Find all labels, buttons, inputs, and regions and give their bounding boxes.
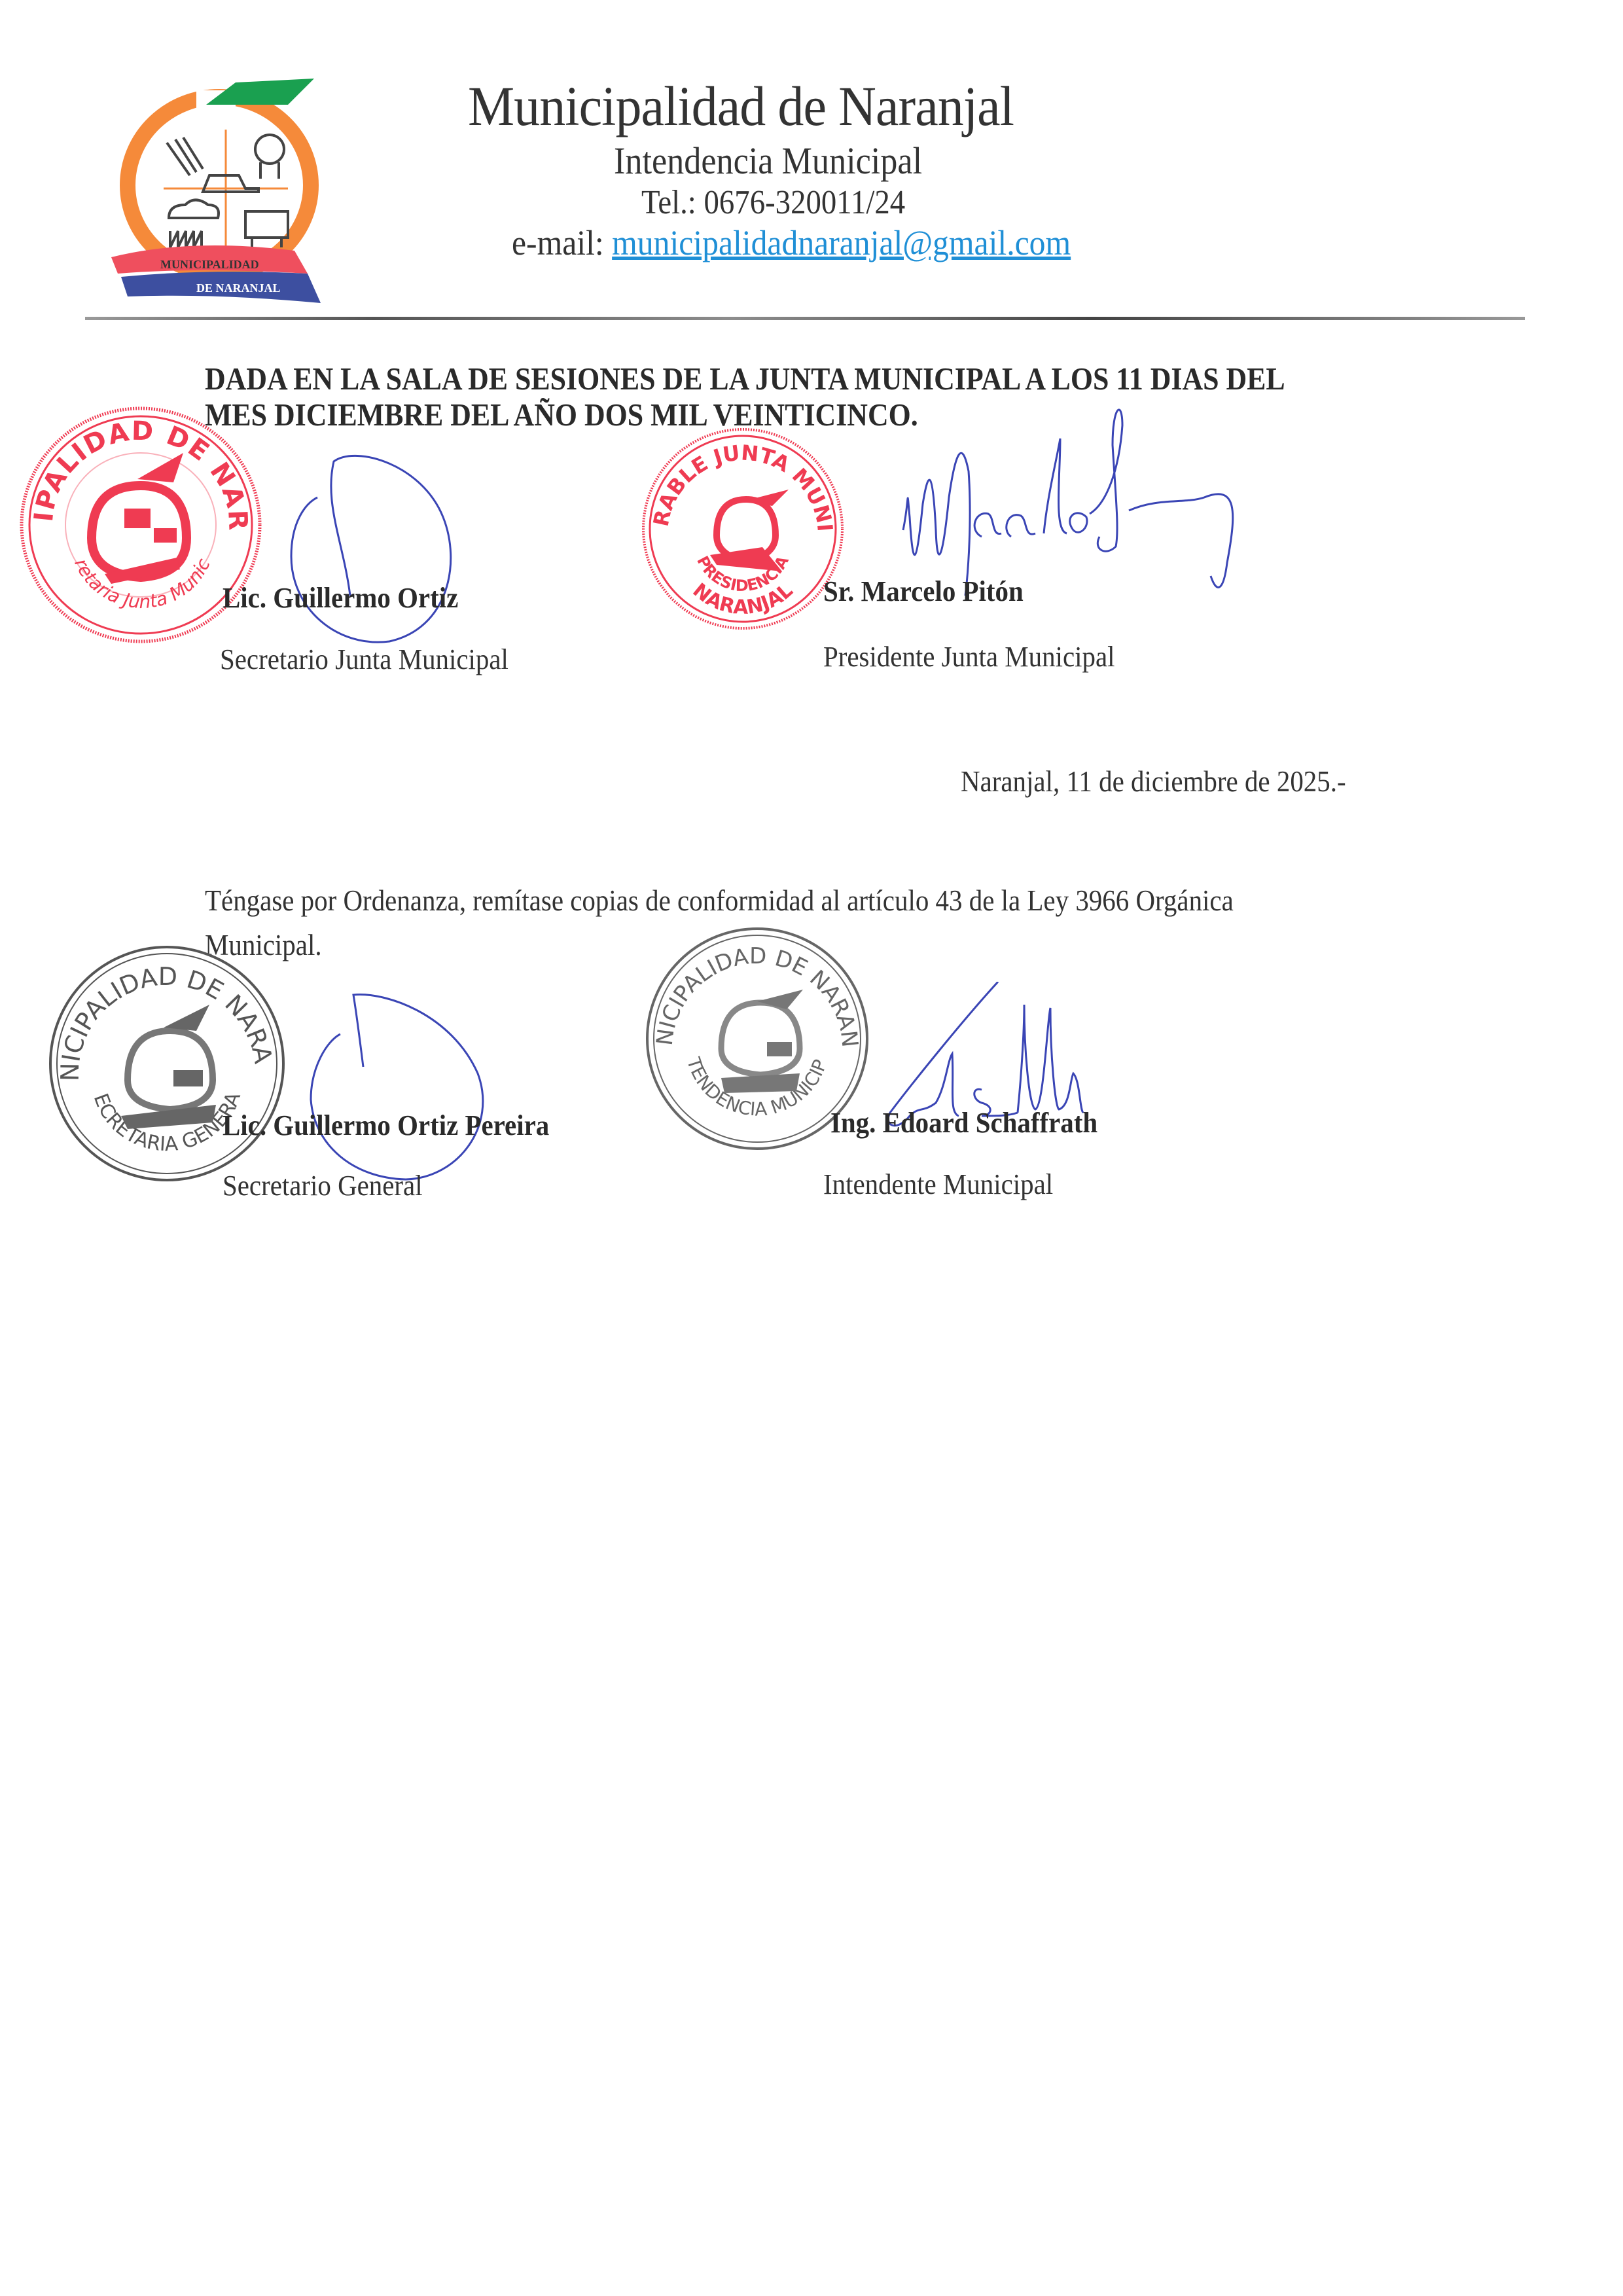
svg-text:DE NARANJAL: DE NARANJAL (196, 281, 281, 295)
signer-name-presidente-junta: Sr. Marcelo Pitón (823, 575, 1024, 608)
presidencia-junta-stamp-icon: HONORABLE JUNTA MUNICIPAL PRESIDENCIA NA… (638, 424, 847, 634)
municipal-logo-icon: MUNICIPALIDAD DE NARANJAL (98, 77, 353, 313)
signer-role-secretario-junta: Secretario Junta Municipal (220, 643, 508, 676)
svg-text:MUNICIPALIDAD DE NARANJAL: MUNICIPALIDAD DE NARANJAL (643, 924, 863, 1049)
signature-guillermo-ortiz-icon (272, 445, 468, 661)
signer-role-presidente-junta: Presidente Junta Municipal (823, 640, 1115, 673)
email-label: e-mail: (512, 223, 612, 262)
email-link[interactable]: municipalidadnaranjal@gmail.com (612, 223, 1071, 262)
header-phone: Tel.: 0676-320011/24 (641, 183, 905, 222)
secretaria-general-stamp-icon: MUNICIPALIDAD DE NARANJAL SECRETARIA GEN… (46, 942, 288, 1185)
signer-name-secretario-junta: Lic. Guillermo Ortiz (223, 581, 458, 615)
header-email-line: e-mail: municipalidadnaranjal@gmail.com (512, 223, 1071, 263)
signer-role-secretario-general: Secretario General (223, 1169, 423, 1202)
signer-name-intendente: Ing. Edoard Schaffrath (830, 1106, 1097, 1139)
signer-name-secretario-general: Lic. Guillermo Ortiz Pereira (223, 1109, 549, 1142)
date-line: Naranjal, 11 de diciembre de 2025.- (961, 764, 1346, 798)
signer-role-intendente: Intendente Municipal (823, 1168, 1053, 1201)
signature-guillermo-ortiz-pereira-icon (288, 988, 497, 1191)
header-divider (85, 317, 1525, 320)
header-subtitle: Intendencia Municipal (614, 139, 922, 183)
svg-text:HONORABLE JUNTA MUNICIPAL: HONORABLE JUNTA MUNICIPAL (638, 424, 838, 533)
header-title: Municipalidad de Naranjal (468, 73, 1014, 139)
svg-text:MUNICIPALIDAD DE NARANJAL: MUNICIPALIDAD DE NARANJAL (46, 942, 277, 1081)
svg-text:MUNICIPALIDAD: MUNICIPALIDAD (160, 258, 259, 271)
resolution-line-1: DADA EN LA SALA DE SESIONES DE LA JUNTA … (205, 360, 1285, 397)
promulgation-line-1: Téngase por Ordenanza, remítase copias d… (205, 884, 1234, 918)
